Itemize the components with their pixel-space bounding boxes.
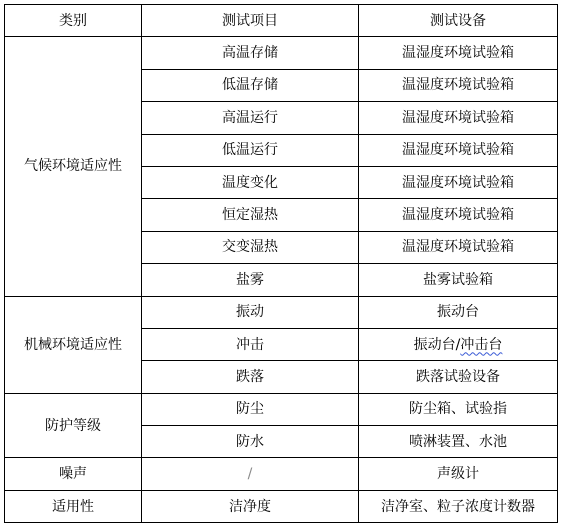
equipment-cell: 跌落试验设备 xyxy=(359,361,558,393)
test-item-cell: 温度变化 xyxy=(142,166,359,198)
header-category: 类别 xyxy=(5,5,142,37)
spellcheck-flagged-text[interactable]: 冲击台 xyxy=(460,337,502,353)
table-row: 防护等级 防尘 防尘箱、试验指 xyxy=(5,393,558,425)
category-cell: 防护等级 xyxy=(5,393,142,458)
table-row: 气候环境适应性 高温存储 温湿度环境试验箱 xyxy=(5,37,558,69)
table-row: 噪声 / 声级计 xyxy=(5,458,558,490)
equipment-cell: 振动台 xyxy=(359,296,558,328)
equipment-cell: 温湿度环境试验箱 xyxy=(359,102,558,134)
equipment-text: 振动台/ xyxy=(414,337,461,353)
test-item-cell: / xyxy=(142,458,359,490)
equipment-cell: 喷淋装置、水池 xyxy=(359,426,558,458)
equipment-cell: 温湿度环境试验箱 xyxy=(359,134,558,166)
category-cell: 适用性 xyxy=(5,490,142,522)
equipment-cell: 振动台/冲击台 xyxy=(359,328,558,360)
equipment-cell: 声级计 xyxy=(359,458,558,490)
equipment-cell: 温湿度环境试验箱 xyxy=(359,166,558,198)
header-test-equipment: 测试设备 xyxy=(359,5,558,37)
test-equipment-table: 类别 测试项目 测试设备 气候环境适应性 高温存储 温湿度环境试验箱 低温存储 … xyxy=(4,4,558,523)
test-item-cell: 振动 xyxy=(142,296,359,328)
equipment-cell: 温湿度环境试验箱 xyxy=(359,199,558,231)
test-item-cell: 冲击 xyxy=(142,328,359,360)
equipment-cell: 温湿度环境试验箱 xyxy=(359,37,558,69)
test-item-cell: 高温运行 xyxy=(142,102,359,134)
test-item-cell: 防水 xyxy=(142,426,359,458)
test-item-cell: 洁净度 xyxy=(142,490,359,522)
equipment-cell: 防尘箱、试验指 xyxy=(359,393,558,425)
table-row: 适用性 洁净度 洁净室、粒子浓度计数器 xyxy=(5,490,558,522)
equipment-cell: 温湿度环境试验箱 xyxy=(359,69,558,101)
equipment-cell: 盐雾试验箱 xyxy=(359,264,558,296)
category-cell: 气候环境适应性 xyxy=(5,37,142,296)
test-item-cell: 恒定湿热 xyxy=(142,199,359,231)
category-cell: 噪声 xyxy=(5,458,142,490)
test-item-cell: 交变湿热 xyxy=(142,231,359,263)
test-item-cell: 低温存储 xyxy=(142,69,359,101)
test-item-cell: 高温存储 xyxy=(142,37,359,69)
table-row: 机械环境适应性 振动 振动台 xyxy=(5,296,558,328)
category-cell: 机械环境适应性 xyxy=(5,296,142,393)
test-item-cell: 防尘 xyxy=(142,393,359,425)
equipment-cell: 洁净室、粒子浓度计数器 xyxy=(359,490,558,522)
test-item-cell: 低温运行 xyxy=(142,134,359,166)
test-item-cell: 跌落 xyxy=(142,361,359,393)
equipment-cell: 温湿度环境试验箱 xyxy=(359,231,558,263)
header-row: 类别 测试项目 测试设备 xyxy=(5,5,558,37)
test-item-cell: 盐雾 xyxy=(142,264,359,296)
header-test-item: 测试项目 xyxy=(142,5,359,37)
